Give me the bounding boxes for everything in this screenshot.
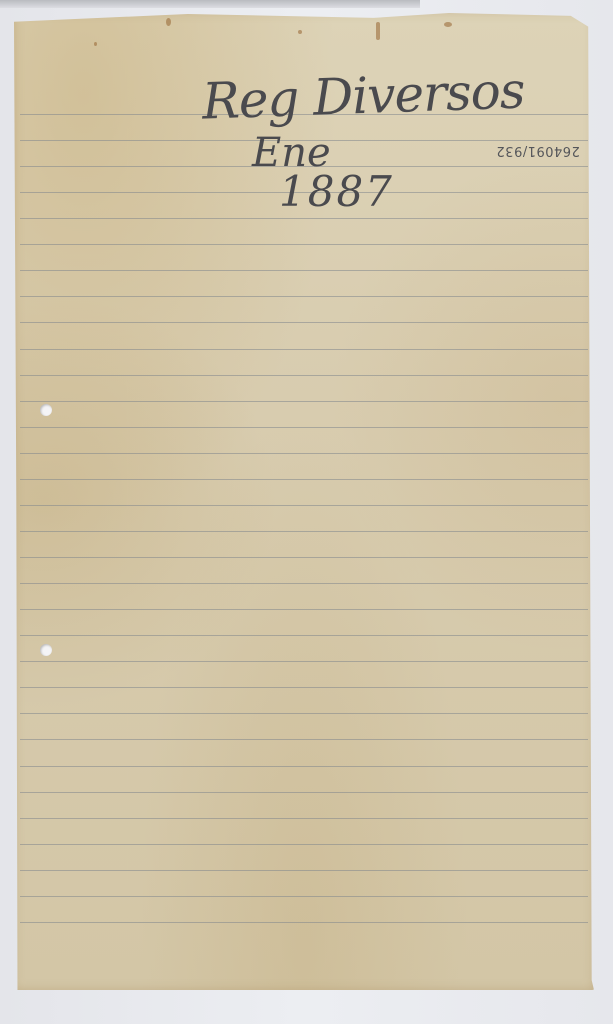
ruled-line [20, 270, 588, 271]
stain [298, 30, 302, 34]
ruled-line [20, 375, 588, 376]
ruled-line [20, 401, 588, 402]
ruled-line [20, 713, 588, 714]
handwritten-year: 1887 [279, 167, 394, 216]
ruled-line [20, 453, 588, 454]
ruled-line [20, 609, 588, 610]
paper-sheet: Reg Diversos Ene 1887 264091/932 [14, 12, 594, 990]
ruled-line [20, 427, 588, 428]
ruled-line [20, 218, 588, 219]
punch-hole [40, 644, 52, 656]
stain [166, 18, 171, 26]
ruled-line [20, 922, 588, 923]
ruled-line [20, 635, 588, 636]
ruled-line [20, 505, 588, 506]
ruled-line [20, 557, 588, 558]
ruled-line [20, 792, 588, 793]
ruled-line [20, 687, 588, 688]
ruled-line [20, 583, 588, 584]
handwritten-title: Reg Diversos [201, 61, 525, 130]
scan-shadow [0, 0, 420, 8]
stain [94, 42, 97, 46]
ruled-line [20, 244, 588, 245]
stain [24, 16, 28, 21]
ruled-line [20, 844, 588, 845]
stain [376, 22, 380, 40]
ruled-line [20, 766, 588, 767]
ruled-line [20, 661, 588, 662]
ruled-line [20, 896, 588, 897]
ruled-line [20, 870, 588, 871]
ruled-line [20, 818, 588, 819]
ruled-line [20, 322, 588, 323]
punch-hole [40, 404, 52, 416]
ruled-line [20, 531, 588, 532]
reference-number: 264091/932 [496, 143, 580, 158]
ruled-line [20, 296, 588, 297]
ruled-line [20, 479, 588, 480]
stain [444, 22, 452, 27]
ruled-line [20, 739, 588, 740]
ruled-line [20, 349, 588, 350]
